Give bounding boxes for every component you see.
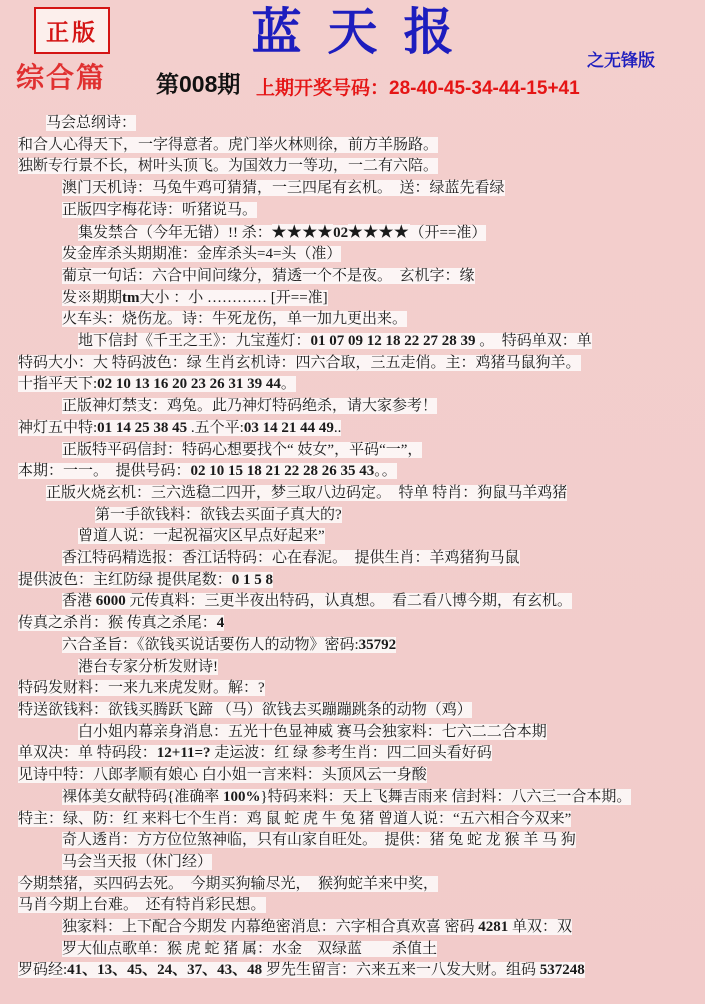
- text-segment: 白小姐内幕亲身消息：五光十色显神威 赛马会独家料：七六二二合本期: [78, 724, 547, 740]
- text-line: 奇人透肖：方方位位煞神临，只有山家自旺处。 提供：猪 兔 蛇 龙 猴 羊 马 狗: [18, 830, 705, 852]
- text-line: 港台专家分析发财诗!: [18, 657, 705, 679]
- text-line: 特码发财料：一来九来虎发财。解：?: [18, 678, 705, 700]
- text-line: 集发禁合（今年无错）!! 杀：★★★★02★★★★（开==准）: [18, 222, 705, 245]
- text-segment: 罗先生留言：六来五来一八发大财。组码: [262, 962, 540, 978]
- text-segment: 十指平天下:: [18, 376, 97, 392]
- text-line: 正版火烧玄机：三六选稳二四开，梦三取八边码定。 特单 特肖：狗鼠马羊鸡猪: [18, 483, 705, 505]
- text-line: 马会当天报（休门经）: [18, 852, 705, 874]
- text-segment: 集发禁合（今年无错）!! 杀：: [78, 225, 272, 241]
- text-line: 罗大仙点歌单：猴 虎 蛇 猪 属：水金 双绿蓝 杀值土: [18, 939, 705, 961]
- text-line: 见诗中特：八郎孝顺有娘心 白小姐一言来料：头顶风云一身酸: [18, 765, 705, 787]
- text-segment: 和合人心得天下，一字得意者。虎门举火林则徐，前方羊肠路。: [18, 137, 438, 153]
- number-sequence: 02 10 13 16 20 23 26 31 39 44: [97, 376, 281, 392]
- text-line: 十指平天下:02 10 13 16 20 23 26 31 39 44。: [18, 374, 705, 396]
- number-sequence: tm: [122, 290, 140, 306]
- text-segment: ..: [334, 420, 342, 436]
- number-sequence: 02 10 15 18 21 22 28 26 35 43: [191, 463, 375, 479]
- text-segment: 罗大仙点歌单：猴 虎 蛇 猪 属：水金 双绿蓝 杀值土: [62, 941, 437, 957]
- text-line: 澳门天机诗：马兔牛鸡可猜猜，一三四尾有玄机。 送：绿蓝先看绿: [18, 178, 705, 200]
- text-segment: 裸体美女献特码{准确率: [62, 789, 223, 805]
- text-segment: 正版火烧玄机：三六选稳二四开，梦三取八边码定。 特单 特肖：狗鼠马羊鸡猪: [46, 485, 567, 501]
- text-line: 特主：绿、防：红 来料七个生肖：鸡 鼠 蛇 虎 牛 兔 猪 曾道人说：“五六相合…: [18, 809, 705, 831]
- text-segment: 走运波：红 绿 参考生肖：四二回头看好码: [211, 745, 492, 761]
- text-line: 六合圣旨：《欲钱买说话要伤人的动物》密码:35792: [18, 635, 705, 657]
- number-sequence: 01 14 25 38 45: [97, 420, 187, 436]
- text-segment: 提供波色：主红防绿 提供尾数：: [18, 572, 232, 588]
- text-line: 神灯五中特:01 14 25 38 45 .五个平:03 14 21 44 49…: [18, 418, 705, 440]
- text-line: 特码大小：大 特码波色：绿 生肖玄机诗：四六合取，三五走俏。主：鸡猪马鼠狗羊。: [18, 353, 705, 375]
- text-segment: 特码大小：大 特码波色：绿 生肖玄机诗：四六合取，三五走俏。主：鸡猪马鼠狗羊。: [18, 355, 581, 371]
- text-segment: 单双决：单 特码段：: [18, 745, 157, 761]
- number-sequence: 03 14 21 44 49: [244, 420, 334, 436]
- text-line: 正版特平码信封：特码心想要找个“ 妓女”，平码“一”，: [18, 440, 705, 462]
- text-segment: 元传真料：三更半夜出特码，认真想。 看二看八博今期，有玄机。: [126, 593, 572, 609]
- text-line: 独断专行景不长，树叶头顶飞。为国效力一等功，一二有六陪。: [18, 156, 705, 178]
- number-sequence: 02: [333, 225, 348, 241]
- text-line: 今期禁猪，买四码去死。 今期买狗输尽光， 猴狗蛇羊来中奖，: [18, 874, 705, 896]
- text-segment: 香港: [62, 593, 96, 609]
- text-line: 白小姐内幕亲身消息：五光十色显神威 赛马会独家料：七六二二合本期: [18, 722, 705, 744]
- masthead: 正版 蓝天报 之无锋版 综合篇 第008期 上期开奖号码：28-40-45-34…: [0, 0, 705, 110]
- number-sequence: 41、13、45、24、37、43、48: [67, 962, 262, 978]
- body-text: 马会总纲诗：和合人心得天下，一字得意者。虎门举火林则徐，前方羊肠路。独断专行景不…: [0, 110, 705, 982]
- text-segment: 特送欲钱料：欲钱买腾跃飞蹄 （马）欲钱去买蹦蹦跳条的动物（鸡）: [18, 702, 472, 718]
- text-segment: 正版四字梅花诗：听猪说马。: [62, 202, 257, 218]
- text-line: 正版神灯禁支：鸡兔。此乃神灯特码绝杀，请大家参考！: [18, 396, 705, 418]
- text-segment: 马会总纲诗：: [46, 115, 136, 131]
- text-line: 马会总纲诗：: [18, 113, 705, 135]
- text-line: 葡京一句话：六合中间问缘分，猜透一个不是夜。 玄机字：缘: [18, 266, 705, 288]
- text-line: 特送欲钱料：欲钱买腾跃飞蹄 （马）欲钱去买蹦蹦跳条的动物（鸡）: [18, 700, 705, 722]
- text-segment: 马肖今期上台难。 还有特肖彩民想。: [18, 897, 266, 913]
- number-sequence: 6000: [96, 593, 126, 609]
- text-segment: 奇人透肖：方方位位煞神临，只有山家自旺处。 提供：猪 兔 蛇 龙 猴 羊 马 狗: [62, 832, 576, 848]
- edition-label: 之无锋版: [587, 46, 655, 71]
- text-line: 香江特码精选报：香江话特码：心在春泥。 提供生肖：羊鸡猪狗马鼠: [18, 548, 705, 570]
- text-line: 地下信封《千王之王》：九宝莲灯：01 07 09 12 18 22 27 28 …: [18, 331, 705, 353]
- text-segment: 地下信封《千王之王》：九宝莲灯：: [78, 333, 311, 349]
- text-line: 马肖今期上台难。 还有特肖彩民想。: [18, 895, 705, 917]
- number-sequence: 12+11=?: [157, 745, 211, 761]
- text-segment: 特主：绿、防：红 来料七个生肖：鸡 鼠 蛇 虎 牛 兔 猪 曾道人说：“五六相合…: [18, 811, 571, 827]
- text-segment: 今期禁猪，买四码去死。 今期买狗输尽光， 猴狗蛇羊来中奖，: [18, 876, 438, 892]
- number-sequence: 0 1 5 8: [232, 572, 273, 588]
- text-segment: 马会当天报（休门经）: [62, 854, 212, 870]
- star-glyphs: ★★★★: [272, 224, 333, 241]
- text-segment: 葡京一句话：六合中间问缘分，猜透一个不是夜。 玄机字：缘: [62, 268, 475, 284]
- text-line: 传真之杀肖：猴 传真之杀尾：4: [18, 613, 705, 635]
- text-line: 香港 6000 元传真料：三更半夜出特码，认真想。 看二看八博今期，有玄机。: [18, 591, 705, 613]
- text-line: 独家料：上下配合今期发 内幕绝密消息：六字相合真欢喜 密码 4281 单双：双: [18, 917, 705, 939]
- text-segment: 。。: [374, 463, 397, 479]
- text-segment: 大小 ：小 ………… [开==准]: [140, 290, 328, 306]
- text-segment: }特码来料：天上飞舞吉雨来 信封料：八六三一合本期。: [260, 789, 631, 805]
- number-sequence: 4: [217, 615, 225, 631]
- text-segment: 传真之杀肖：猴 传真之杀尾：: [18, 615, 217, 631]
- text-segment: 独断专行景不长，树叶头顶飞。为国效力一等功，一二有六陪。: [18, 158, 438, 174]
- text-segment: 神灯五中特:: [18, 420, 97, 436]
- newspaper-page: 正版 蓝天报 之无锋版 综合篇 第008期 上期开奖号码：28-40-45-34…: [0, 0, 705, 1004]
- text-line: 和合人心得天下，一字得意者。虎门举火林则徐，前方羊肠路。: [18, 135, 705, 157]
- text-line: 火车头：烧伤龙。诗：牛死龙伤，单一加九更出来。: [18, 309, 705, 331]
- text-segment: 罗码经:: [18, 962, 67, 978]
- number-sequence: 01 07 09 12 18 22 27 28 39: [311, 333, 476, 349]
- text-segment: 发金库杀头期期准：金库杀头=4=头（准）: [62, 246, 341, 262]
- text-segment: 正版特平码信封：特码心想要找个“ 妓女”，平码“一”，: [62, 442, 422, 458]
- text-segment: 澳门天机诗：马兔牛鸡可猜猜，一三四尾有玄机。 送：绿蓝先看绿: [62, 180, 505, 196]
- text-segment: 六合圣旨：《欲钱买说话要伤人的动物》密码:: [62, 637, 359, 653]
- text-segment: 香江特码精选报：香江话特码：心在春泥。 提供生肖：羊鸡猪狗马鼠: [62, 550, 520, 566]
- text-segment: 曾道人说：一起祝福灾区早点好起来”: [78, 528, 325, 544]
- text-segment: 正版神灯禁支：鸡兔。此乃神灯特码绝杀，请大家参考！: [62, 398, 437, 414]
- text-segment: （开==准）: [410, 225, 487, 241]
- text-line: 发※期期tm大小 ：小 ………… [开==准]: [18, 288, 705, 310]
- text-segment: 。: [281, 376, 296, 392]
- text-line: 罗码经:41、13、45、24、37、43、48 罗先生留言：六来五来一八发大财…: [18, 960, 705, 982]
- text-segment: 发※期期: [62, 290, 122, 306]
- text-segment: 独家料：上下配合今期发 内幕绝密消息：六字相合真欢喜 密码: [62, 919, 478, 935]
- number-sequence: 100%: [223, 789, 261, 805]
- text-line: 发金库杀头期期准：金库杀头=4=头（准）: [18, 244, 705, 266]
- text-line: 正版四字梅花诗：听猪说马。: [18, 200, 705, 222]
- text-line: 提供波色：主红防绿 提供尾数：0 1 5 8: [18, 570, 705, 592]
- number-sequence: 35792: [359, 637, 397, 653]
- last-draw-numbers: 上期开奖号码：28-40-45-34-44-15+41: [256, 73, 580, 100]
- issue-number: 第008期: [156, 66, 240, 99]
- text-segment: 本期：一一。 提供号码：: [18, 463, 191, 479]
- text-segment: 单双：双: [508, 919, 572, 935]
- number-sequence: 537248: [540, 962, 585, 978]
- text-line: 曾道人说：一起祝福灾区早点好起来”: [18, 526, 705, 548]
- section-label: 综合篇: [16, 56, 106, 96]
- star-glyphs: ★★★★: [348, 224, 409, 241]
- text-line: 单双决：单 特码段：12+11=? 走运波：红 绿 参考生肖：四二回头看好码: [18, 743, 705, 765]
- text-line: 本期：一一。 提供号码：02 10 15 18 21 22 28 26 35 4…: [18, 461, 705, 483]
- text-segment: 见诗中特：八郎孝顺有娘心 白小姐一言来料：头顶风云一身酸: [18, 767, 427, 783]
- number-sequence: 4281: [478, 919, 508, 935]
- text-segment: 港台专家分析发财诗!: [78, 659, 218, 675]
- text-segment: .五个平:: [187, 420, 244, 436]
- text-segment: 。 特码单双：单: [476, 333, 592, 349]
- text-line: 裸体美女献特码{准确率 100%}特码来料：天上飞舞吉雨来 信封料：八六三一合本…: [18, 787, 705, 809]
- text-segment: 特码发财料：一来九来虎发财。解：?: [18, 680, 265, 696]
- text-segment: 第一手欲钱料：欲钱去买面子真大的?: [95, 507, 342, 523]
- text-line: 第一手欲钱料：欲钱去买面子真大的?: [18, 505, 705, 527]
- text-segment: 火车头：烧伤龙。诗：牛死龙伤，单一加九更出来。: [62, 311, 407, 327]
